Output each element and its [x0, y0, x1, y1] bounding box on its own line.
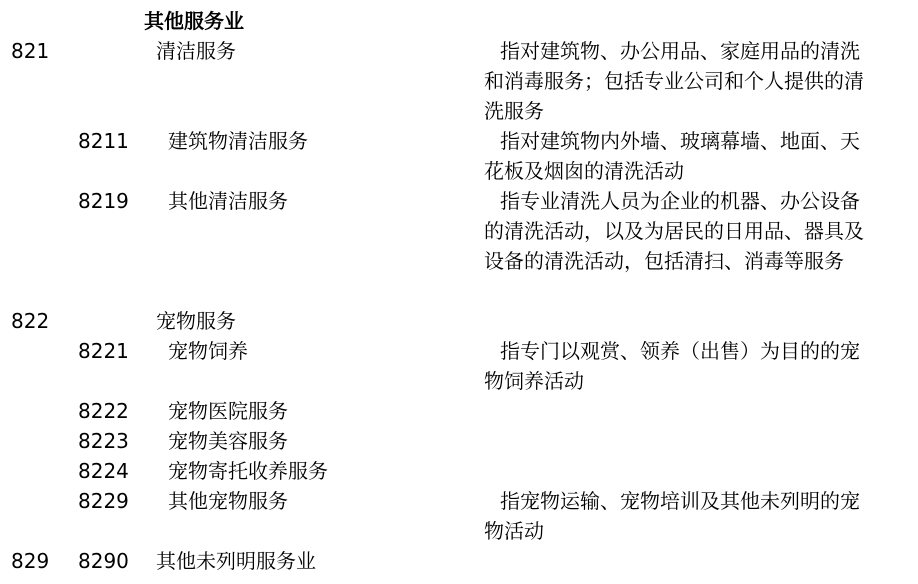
category-description: 指专业清洗人员为企业的机器、办公设备的清洗活动，以及为居民的日用品、器具及设备的…	[484, 186, 874, 276]
minor-code: 8211	[78, 126, 129, 156]
major-code: 822	[11, 306, 49, 336]
category-name: 其他清洁服务	[168, 186, 288, 216]
category-description: 指对建筑物、办公用品、家庭用品的清洗和消毒服务；包括专业公司和个人提供的清洗服务	[484, 36, 874, 126]
category-name: 宠物饲养	[168, 336, 248, 366]
minor-code: 8229	[78, 486, 129, 516]
clipped-description-fragment	[484, 0, 884, 8]
minor-code: 8224	[78, 456, 129, 486]
minor-code: 8290	[78, 546, 129, 576]
section-heading: 其他服务业	[144, 6, 244, 36]
minor-code: 8221	[78, 336, 129, 366]
major-code: 829	[11, 546, 49, 576]
category-name: 宠物服务	[156, 306, 236, 336]
category-description: 指宠物运输、宠物培训及其他未列明的宠物活动	[484, 486, 874, 546]
category-name: 清洁服务	[156, 36, 236, 66]
category-name: 建筑物清洁服务	[168, 126, 308, 156]
category-name: 宠物美容服务	[168, 426, 288, 456]
category-description: 指专门以观赏、领养（出售）为目的的宠物饲养活动	[484, 336, 874, 396]
minor-code: 8222	[78, 396, 129, 426]
category-name: 宠物寄托收养服务	[168, 456, 328, 486]
category-name: 其他宠物服务	[168, 486, 288, 516]
minor-code: 8219	[78, 186, 129, 216]
major-code: 821	[11, 36, 49, 66]
minor-code: 8223	[78, 426, 129, 456]
category-name: 宠物医院服务	[168, 396, 288, 426]
category-name: 其他未列明服务业	[156, 546, 316, 576]
category-description: 指对建筑物内外墙、玻璃幕墙、地面、天花板及烟囱的清洗活动	[484, 126, 874, 186]
